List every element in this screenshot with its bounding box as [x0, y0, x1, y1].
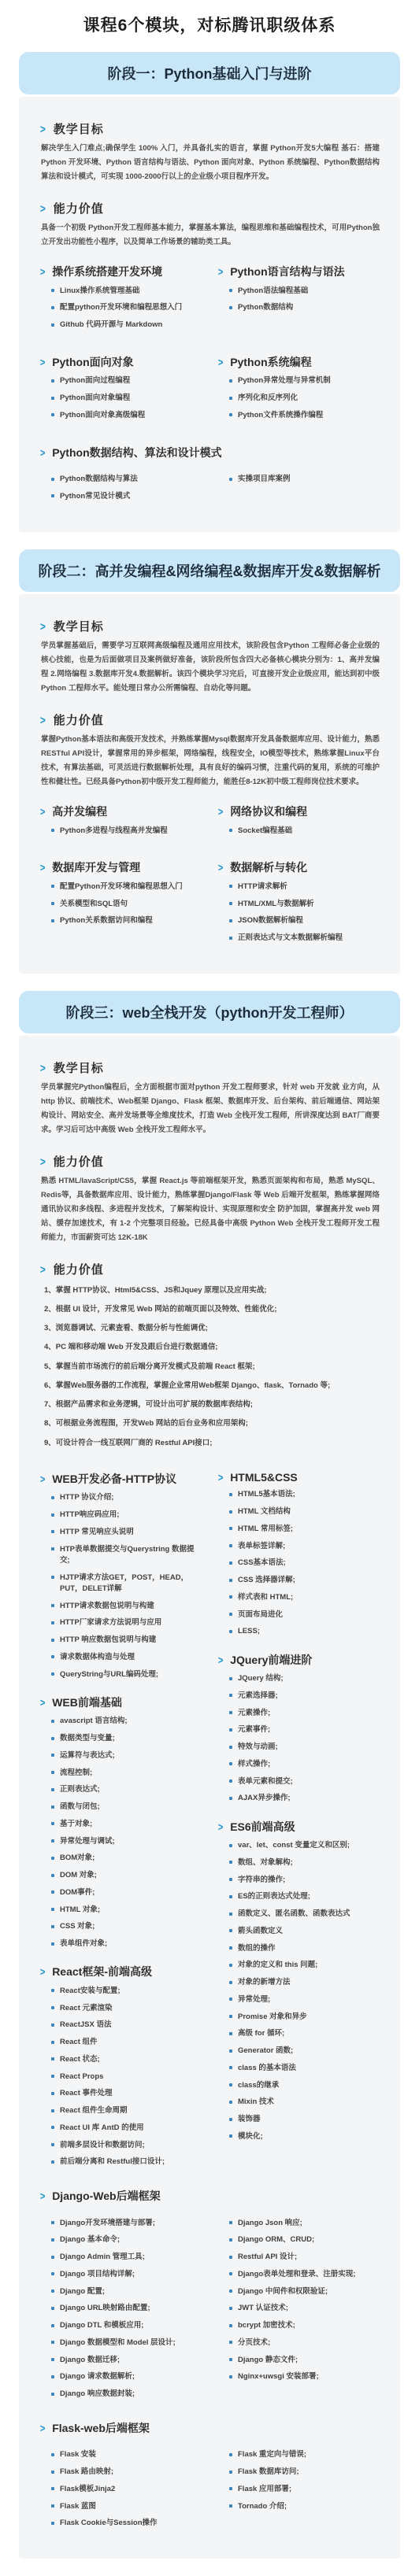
list-item: Flask 数据库访问; [229, 2467, 380, 2478]
list-item: ES的正则表达式处理; [229, 1891, 380, 1902]
stage-2-row-1: > 高并发编程 Python多进程与线程高并发编程 > 网络协议和编程 Sock… [39, 789, 380, 845]
list-item: 数组、对象解构; [229, 1857, 380, 1868]
teaching-goal-text: 学员掌握完Python编程后，全方面根据市面对python 开发工程师要求，针对… [41, 1081, 380, 1137]
bullet-list: 实操项目库案例 [217, 468, 380, 508]
list-item: Python面向过程编程 [51, 375, 202, 386]
list-item: HTML/XML与数据解析 [229, 899, 380, 910]
list-item: DOM 对象; [51, 1870, 202, 1881]
list-item: Github 代码开源与 Markdown [51, 320, 202, 331]
group-title: 数据解析与转化 [230, 859, 307, 875]
chevron-right-icon: > [40, 1473, 46, 1485]
chevron-right-icon: > [40, 1155, 46, 1169]
list-item: Django 请求数据解析; [51, 2371, 202, 2382]
list-item: 函数与闭包; [51, 1802, 202, 1813]
list-item: 1、掌握 HTTP协议、Html5&CSS、JS和Jquey 原理以及应用实战; [44, 1285, 380, 1297]
list-item: 页面布局进化 [229, 1610, 380, 1621]
chevron-right-icon: > [218, 356, 224, 368]
list-item: Python面向对象高级编程 [51, 410, 202, 421]
stage-3-banner: 阶段三：web全栈开发（python开发工程师） [19, 991, 400, 1033]
list-item: Python异常处理与异常机制 [229, 375, 380, 386]
list-item: 元素选择器; [229, 1691, 380, 1702]
list-item: 5、掌握当前市场流行的前后端分离开发模式及前端 React 框架; [44, 1362, 380, 1373]
list-item: React UI 库 AntD 的使用 [51, 2123, 202, 2134]
stage-3-columns: > WEB开发必备-HTTP协议 HTTP 协议介绍;HTTP响应码应用;HTT… [39, 1457, 380, 2174]
list-item: 数据类型与变量; [51, 1733, 202, 1744]
group-title: React框架-前端高级 [52, 1964, 152, 1979]
list-item: 实操项目库案例 [229, 474, 380, 485]
group-title: ES6前端高级 [230, 1819, 295, 1835]
list-item: Django 静态文件; [229, 2355, 380, 2366]
list-item: 8、可根据业务流程图，开发Web 网站的后台业务和应用架构; [44, 1418, 380, 1430]
bullet-list: var、let、const 变量定义和区别;数组、对象解构;字符串的操作;ES的… [217, 1840, 380, 2142]
list-item: Linux操作系统管理基础 [51, 286, 202, 297]
list-item: 分页技术; [229, 2338, 380, 2349]
course-outline-page: 课程6个模块，对标腾讯职级体系 阶段一：Python基础入门与进阶 > 教学目标… [0, 0, 419, 2559]
bullet-list: Python数据结构与算法Python常见设计模式 [39, 468, 202, 508]
list-item: Django DTL 和模板应用; [51, 2320, 202, 2331]
bullet-list: JQuery 结构;元素选择器;元素操作;元素事件;特效与动画;样式操作;表单元… [217, 1673, 380, 1805]
list-item: 9、可设计符合一线互联网厂商的 Restful API接口; [44, 1438, 380, 1450]
stage-3-right-column: > HTML5&CSS HTML5基本语法;HTML 文档结构HTML 常用标签… [217, 1457, 380, 2174]
stage-1-banner: 阶段一：Python基础入门与进阶 [19, 52, 400, 94]
chevron-right-icon: > [218, 1820, 224, 1833]
subsection: > 数据库开发与管理 配置Python开发环境和编程思想入门关系模型和SQL语句… [39, 845, 202, 950]
group-title: Python语言结构与语法 [230, 264, 344, 279]
list-item: 样式表和 HTML; [229, 1592, 380, 1603]
list-item: 前端多层设计和数据访问; [51, 2140, 202, 2151]
bullet-list: avascript 语言结构;数据类型与变量;运算符与表达式;流程控制;正则表达… [39, 1716, 202, 1950]
section-title: 能力价值 [54, 1153, 104, 1170]
group-title: 网络协议和编程 [230, 804, 307, 819]
list-item: React 状态; [51, 2054, 202, 2065]
subsection: > Python面向对象 Python面向过程编程Python面向对象编程Pyt… [39, 340, 202, 427]
stage-3: 阶段三：web全栈开发（python开发工程师） > 教学目标 学员掌握完Pyt… [19, 991, 400, 2559]
chevron-right-icon: > [218, 265, 224, 278]
teaching-goal-text: 学员掌握基础后，需要学习互联网高级编程及通用应用技术，该阶段包含Python 工… [41, 639, 380, 696]
stage-1: 阶段一：Python基础入门与进阶 > 教学目标 解决学生入门难点;确保学生 1… [19, 52, 400, 532]
list-item: 元素事件; [229, 1724, 380, 1735]
list-item: Flask 应用部署; [229, 2484, 380, 2495]
list-item: Socket编程基础 [229, 826, 380, 837]
list-item: 异常处理与调试; [51, 1836, 202, 1847]
list-item: 7、根据产品需求和业务逻辑，可设计出可扩展的数据库表结构; [44, 1399, 380, 1411]
numbered-list: 1、掌握 HTTP协议、Html5&CSS、JS和Jquey 原理以及应用实战;… [39, 1285, 380, 1449]
section-title: 教学目标 [54, 618, 104, 634]
list-item: HTTP厂家请求方法说明与应用 [51, 1617, 202, 1628]
bullet-list: HTTP 协议介绍;HTTP响应码应用;HTTP 常见响应头说明HTP表单数据提… [39, 1492, 202, 1680]
bullet-list: Socket编程基础 [217, 826, 380, 837]
subsection: > Python系统编程 Python异常处理与异常机制序列化和反序列化Pyth… [217, 340, 380, 427]
stage-1-row-1: > 操作系统搭建开发环境 Linux操作系统管理基础配置python开发环境和编… [39, 249, 380, 340]
list-item: 序列化和反序列化 [229, 393, 380, 404]
list-item: 配置python开发环境和编程思想入门 [51, 302, 202, 313]
chevron-right-icon: > [218, 861, 224, 874]
list-item: HTML 文档结构 [229, 1506, 380, 1517]
list-item: Python常见设计模式 [51, 491, 202, 502]
list-item: class的继承 [229, 2080, 380, 2091]
bullet-list: Python语法编程基础Python数据结构 [217, 286, 380, 314]
list-item: Python多进程与线程高并发编程 [51, 826, 202, 837]
list-item: HJTP请求方法GET，POST，HEAD，PUT，DELET详解 [51, 1573, 202, 1595]
chevron-right-icon: > [40, 446, 46, 459]
stage-3-body: > 教学目标 学员掌握完Python编程后，全方面根据市面对python 开发工… [19, 1036, 400, 2559]
bullet-list: Django开发环境搭建与部署;Django 基本命令;Django Admin… [39, 2212, 202, 2406]
subsection-data-structures: > Python数据结构、算法和设计模式 Python数据结构与算法Python… [39, 445, 380, 508]
chevron-right-icon: > [40, 2422, 46, 2434]
bullet-list: Python异常处理与异常机制序列化和反序列化Python文件系统操作编程 [217, 375, 380, 421]
list-item: Django 项目结构详解; [51, 2269, 202, 2280]
list-item: Python数据结构与算法 [51, 474, 202, 485]
group-title: 操作系统搭建开发环境 [52, 264, 162, 279]
list-item: 4、PC 端和移动端 Web 开发及跟后台进行数据通信; [44, 1342, 380, 1354]
list-item: React 事件处理 [51, 2088, 202, 2099]
group-title: 高并发编程 [52, 804, 107, 819]
subsection-web-frontend-basic: > WEB前端基础 avascript 语言结构;数据类型与变量;运算符与表达式… [39, 1695, 202, 1950]
chevron-right-icon: > [40, 1965, 46, 1978]
teaching-goal-heading: > 教学目标 [39, 1059, 380, 1076]
list-item: Flask 路由映射; [51, 2467, 202, 2478]
section-title: 能力价值 [54, 1261, 104, 1277]
stage-2-row-2: > 数据库开发与管理 配置Python开发环境和编程思想入门关系模型和SQL语句… [39, 845, 380, 953]
chevron-right-icon: > [218, 805, 224, 818]
chevron-right-icon: > [40, 2190, 46, 2202]
list-item: 函数定义、匿名函数、函数表达式 [229, 1909, 380, 1920]
stage-1-row-2: > Python面向对象 Python面向过程编程Python面向对象编程Pyt… [39, 340, 380, 431]
list-item: 对象的新增方法 [229, 1977, 380, 1988]
ability-value-heading: > 能力价值 [39, 1153, 380, 1170]
bullet-list: Python多进程与线程高并发编程 [39, 826, 202, 837]
list-item: LESS; [229, 1626, 380, 1637]
list-item: 元素操作; [229, 1708, 380, 1719]
list-item: Django表单处理和登录、注册实现; [229, 2269, 380, 2280]
list-item: Flask 蓝图 [51, 2501, 202, 2512]
teaching-goal-heading: > 教学目标 [39, 618, 380, 634]
list-item: 正则表达式与文本数据解析编程 [229, 933, 380, 944]
stage-1-body: > 教学目标 解决学生入门难点;确保学生 100% 入门，并具备扎实的语言，掌握… [19, 97, 400, 532]
list-item: 前后端分离和 Restful接口设计; [51, 2157, 202, 2168]
chevron-right-icon: > [40, 202, 46, 216]
list-item: 特效与动画; [229, 1742, 380, 1753]
list-item: React 元素渲染 [51, 2003, 202, 2014]
group-title: WEB开发必备-HTTP协议 [52, 1471, 176, 1487]
bullet-list: Flask 安装Flask 路由映射;Flask模板Jinja2Flask 蓝图… [39, 2444, 202, 2535]
list-item: Django 配置; [51, 2286, 202, 2297]
list-item: Django 基本命令; [51, 2234, 202, 2245]
section-title: 教学目标 [54, 120, 104, 137]
chevron-right-icon: > [40, 620, 46, 634]
list-item: Mixin 技术 [229, 2097, 380, 2108]
ability-value-text: 掌握Python基本语法和高级开发技术，并熟练掌握Mysql数据库开发具备数据库… [41, 733, 380, 789]
chevron-right-icon: > [40, 1062, 46, 1075]
subsection-flask: > Flask-web后端框架 Flask 安装Flask 路由映射;Flask… [39, 2420, 380, 2535]
list-item: Restful API 设计; [229, 2252, 380, 2263]
list-item: 表单元素和提交; [229, 1776, 380, 1787]
list-item: HTP表单数据提交与Querystring 数据提交; [51, 1544, 202, 1567]
list-item: Flask 重定向与错误; [229, 2449, 380, 2460]
subsection-es6: > ES6前端高级 var、let、const 变量定义和区别;数组、对象解构;… [217, 1819, 380, 2143]
ability-value-text: 具备一个初级 Python开发工程师基本能力，掌握基本算法，编程思维和基础编程技… [41, 221, 380, 249]
chevron-right-icon: > [40, 123, 46, 136]
chevron-right-icon: > [40, 1696, 46, 1709]
stage-2-body: > 教学目标 学员掌握基础后，需要学习互联网高级编程及通用应用技术，该阶段包含P… [19, 594, 400, 974]
list-item: QueryString与URL编码处理; [51, 1669, 202, 1680]
bullet-list: Flask 重定向与错误;Flask 数据库访问;Flask 应用部署;Torn… [217, 2444, 380, 2535]
chevron-right-icon: > [218, 1471, 224, 1484]
list-item: 关系模型和SQL语句 [51, 899, 202, 910]
list-item: ReactJSX 语法 [51, 2020, 202, 2031]
section-title: 能力价值 [54, 711, 104, 728]
list-item: HTTP请求解析 [229, 881, 380, 893]
list-item: avascript 语言结构; [51, 1716, 202, 1727]
list-item: CSS 对象; [51, 1921, 202, 1932]
list-item: JQuery 结构; [229, 1673, 380, 1684]
group-title: Django-Web后端框架 [52, 2188, 160, 2204]
list-item: React 组件 [51, 2037, 202, 2048]
ability-value-text: 熟悉 HTML/lavaScript/CS5，掌握 React.js 等前端框架… [41, 1174, 380, 1245]
ability-value-2-heading: > 能力价值 [39, 1261, 380, 1277]
list-item: Django 数据迁移; [51, 2355, 202, 2366]
list-item: Flask Cookie与Session操作 [51, 2518, 202, 2529]
stage-2: 阶段二：高并发编程&网络编程&数据库开发&数据解析 > 教学目标 学员掌握基础后… [19, 549, 400, 974]
list-item: class 的基本语法 [229, 2063, 380, 2074]
subsection: > 高并发编程 Python多进程与线程高并发编程 [39, 789, 202, 842]
list-item: 正则表达式; [51, 1784, 202, 1795]
list-item: 流程控制; [51, 1768, 202, 1779]
chevron-right-icon: > [40, 861, 46, 874]
subsection-react: > React框架-前端高级 React安装与配置;React 元素渲染Reac… [39, 1964, 202, 2168]
teaching-goal-heading: > 教学目标 [39, 120, 380, 137]
list-item: HTML 对象; [51, 1905, 202, 1916]
list-item: 高级 for 循环; [229, 2028, 380, 2039]
subsection: > 网络协议和编程 Socket编程基础 [217, 789, 380, 842]
chevron-right-icon: > [218, 1654, 224, 1666]
list-item: bcrypt 加密技术; [229, 2320, 380, 2331]
list-item: 装饰器 [229, 2114, 380, 2125]
list-item: Flask 安装 [51, 2449, 202, 2460]
list-item: JWT 认证技术; [229, 2303, 380, 2314]
list-item: 表单标签详解; [229, 1541, 380, 1552]
group-title: HTML5&CSS [230, 1471, 298, 1484]
subsection-html5-css: > HTML5&CSS HTML5基本语法;HTML 文档结构HTML 常用标签… [217, 1471, 380, 1638]
list-item: 表单组件对象; [51, 1938, 202, 1950]
list-item: DOM事件; [51, 1887, 202, 1898]
list-item: HTTP 协议介绍; [51, 1492, 202, 1503]
subsection-jquery: > JQuery前端进阶 JQuery 结构;元素选择器;元素操作;元素事件;特… [217, 1652, 380, 1805]
bullet-list: 配置Python开发环境和编程思想入门关系模型和SQL语句Python关系数据访… [39, 881, 202, 927]
bullet-list: HTML5基本语法;HTML 文档结构HTML 常用标签;表单标签详解;CSS基… [217, 1489, 380, 1637]
list-item: 模块化; [229, 2131, 380, 2142]
list-item: Flask模板Jinja2 [51, 2484, 202, 2495]
list-item: Django 响应数据封装; [51, 2389, 202, 2400]
page-title: 课程6个模块，对标腾讯职级体系 [0, 13, 419, 36]
list-item: 样式操作; [229, 1759, 380, 1770]
list-item: 配置Python开发环境和编程思想入门 [51, 881, 202, 893]
list-item: Nginx+uwsgi 安装部署; [229, 2371, 380, 2382]
list-item: 基于对象; [51, 1819, 202, 1830]
subsection: > Python语言结构与语法 Python语法编程基础Python数据结构 [217, 249, 380, 337]
chevron-right-icon: > [40, 1263, 46, 1277]
bullet-list: Django Json 响应;Django ORM、CRUD;Restful A… [217, 2212, 380, 2406]
list-item: 对象的定义和 this 问题; [229, 1960, 380, 1971]
group-title: WEB前端基础 [52, 1695, 122, 1710]
subsection: > 操作系统搭建开发环境 Linux操作系统管理基础配置python开发环境和编… [39, 249, 202, 337]
list-item: Python数据结构 [229, 302, 380, 313]
list-item: 6、掌握Web服务器的工作流程，掌握企业常用Web框架 Django、flask… [44, 1380, 380, 1392]
list-item: JSON数据解析编程 [229, 915, 380, 926]
list-item: var、let、const 变量定义和区别; [229, 1840, 380, 1851]
bullet-list: Python面向过程编程Python面向对象编程Python面向对象高级编程 [39, 375, 202, 421]
group-title: Python面向对象 [52, 354, 133, 370]
list-item: BOM对象; [51, 1853, 202, 1864]
list-item: Python文件系统操作编程 [229, 410, 380, 421]
chevron-right-icon: > [40, 714, 46, 727]
list-item: HTTP请求数据包说明与构建 [51, 1601, 202, 1612]
group-title: 数据库开发与管理 [52, 859, 140, 875]
list-item: HTML5基本语法; [229, 1489, 380, 1500]
subsection-http: > WEB开发必备-HTTP协议 HTTP 协议介绍;HTTP响应码应用;HTT… [39, 1471, 202, 1680]
group-title: Python数据结构、算法和设计模式 [52, 445, 221, 460]
list-item: AJAX异步操作; [229, 1793, 380, 1804]
stage-3-left-column: > WEB开发必备-HTTP协议 HTTP 协议介绍;HTTP响应码应用;HTT… [39, 1457, 202, 2174]
bullet-list: React安装与配置;React 元素渲染ReactJSX 语法React 组件… [39, 1986, 202, 2168]
section-title: 能力价值 [54, 200, 104, 216]
list-item: Promise 对象和异步 [229, 2012, 380, 2023]
list-item: Python面向对象编程 [51, 393, 202, 404]
list-item: HTTP响应码应用; [51, 1510, 202, 1521]
list-item: 箭头函数定义 [229, 1926, 380, 1937]
list-item: Django开发环境搭建与部署; [51, 2218, 202, 2229]
chevron-right-icon: > [40, 265, 46, 278]
list-item: 异常处理; [229, 1994, 380, 2005]
chevron-right-icon: > [40, 356, 46, 368]
list-item: React 组件生命周期 [51, 2105, 202, 2116]
list-item: React安装与配置; [51, 1986, 202, 1997]
list-item: Django 中间件和权限验证; [229, 2286, 380, 2297]
subsection-django: > Django-Web后端框架 Django开发环境搭建与部署;Django … [39, 2188, 380, 2406]
list-item: HTTP 响应数据包说明与构建 [51, 1635, 202, 1646]
list-item: Generator 函数; [229, 2046, 380, 2057]
list-item: 3、浏览器调试、元素查看、数据分析与性能调优; [44, 1323, 380, 1335]
chevron-right-icon: > [40, 805, 46, 818]
ability-value-heading: > 能力价值 [39, 711, 380, 728]
group-title: JQuery前端进阶 [230, 1652, 312, 1668]
list-item: Python关系数据访问和编程 [51, 915, 202, 926]
list-item: 请求数据体构造与处理 [51, 1652, 202, 1663]
subsection: > 数据解析与转化 HTTP请求解析HTML/XML与数据解析JSON数据解析编… [217, 845, 380, 950]
ability-value-heading: > 能力价值 [39, 200, 380, 216]
list-item: HTTP 常见响应头说明 [51, 1527, 202, 1538]
list-item: HTML 常用标签; [229, 1524, 380, 1535]
teaching-goal-text: 解决学生入门难点;确保学生 100% 入门，并具备扎实的语言，掌握 Python… [41, 142, 380, 184]
bullet-list: HTTP请求解析HTML/XML与数据解析JSON数据解析编程正则表达式与文本数… [217, 881, 380, 944]
stage-2-banner: 阶段二：高并发编程&网络编程&数据库开发&数据解析 [19, 549, 400, 592]
list-item: 数组的操作 [229, 1943, 380, 1954]
bullet-list: Linux操作系统管理基础配置python开发环境和编程思想入门Github 代… [39, 286, 202, 331]
list-item: Python语法编程基础 [229, 286, 380, 297]
list-item: CSS基本语法; [229, 1558, 380, 1569]
section-title: 教学目标 [54, 1059, 104, 1076]
group-title: Flask-web后端框架 [52, 2420, 150, 2436]
list-item: Django Admin 管理工具; [51, 2252, 202, 2263]
list-item: 字符串的操作; [229, 1875, 380, 1886]
group-title: Python系统编程 [230, 354, 311, 370]
list-item: Django Json 响应; [229, 2218, 380, 2229]
list-item: Django ORM、CRUD; [229, 2234, 380, 2245]
list-item: Django URL映射路由配置; [51, 2303, 202, 2314]
list-item: 运算符与表达式; [51, 1750, 202, 1761]
list-item: CSS 选择器详解; [229, 1575, 380, 1586]
list-item: Django 数据模型和 Model 层设计; [51, 2338, 202, 2349]
list-item: Tornado 介绍; [229, 2501, 380, 2512]
list-item: 2、根据 UI 设计，开发常见 Web 网站的前端页面以及特效、性能优化; [44, 1304, 380, 1316]
list-item: React Props [51, 2072, 202, 2083]
